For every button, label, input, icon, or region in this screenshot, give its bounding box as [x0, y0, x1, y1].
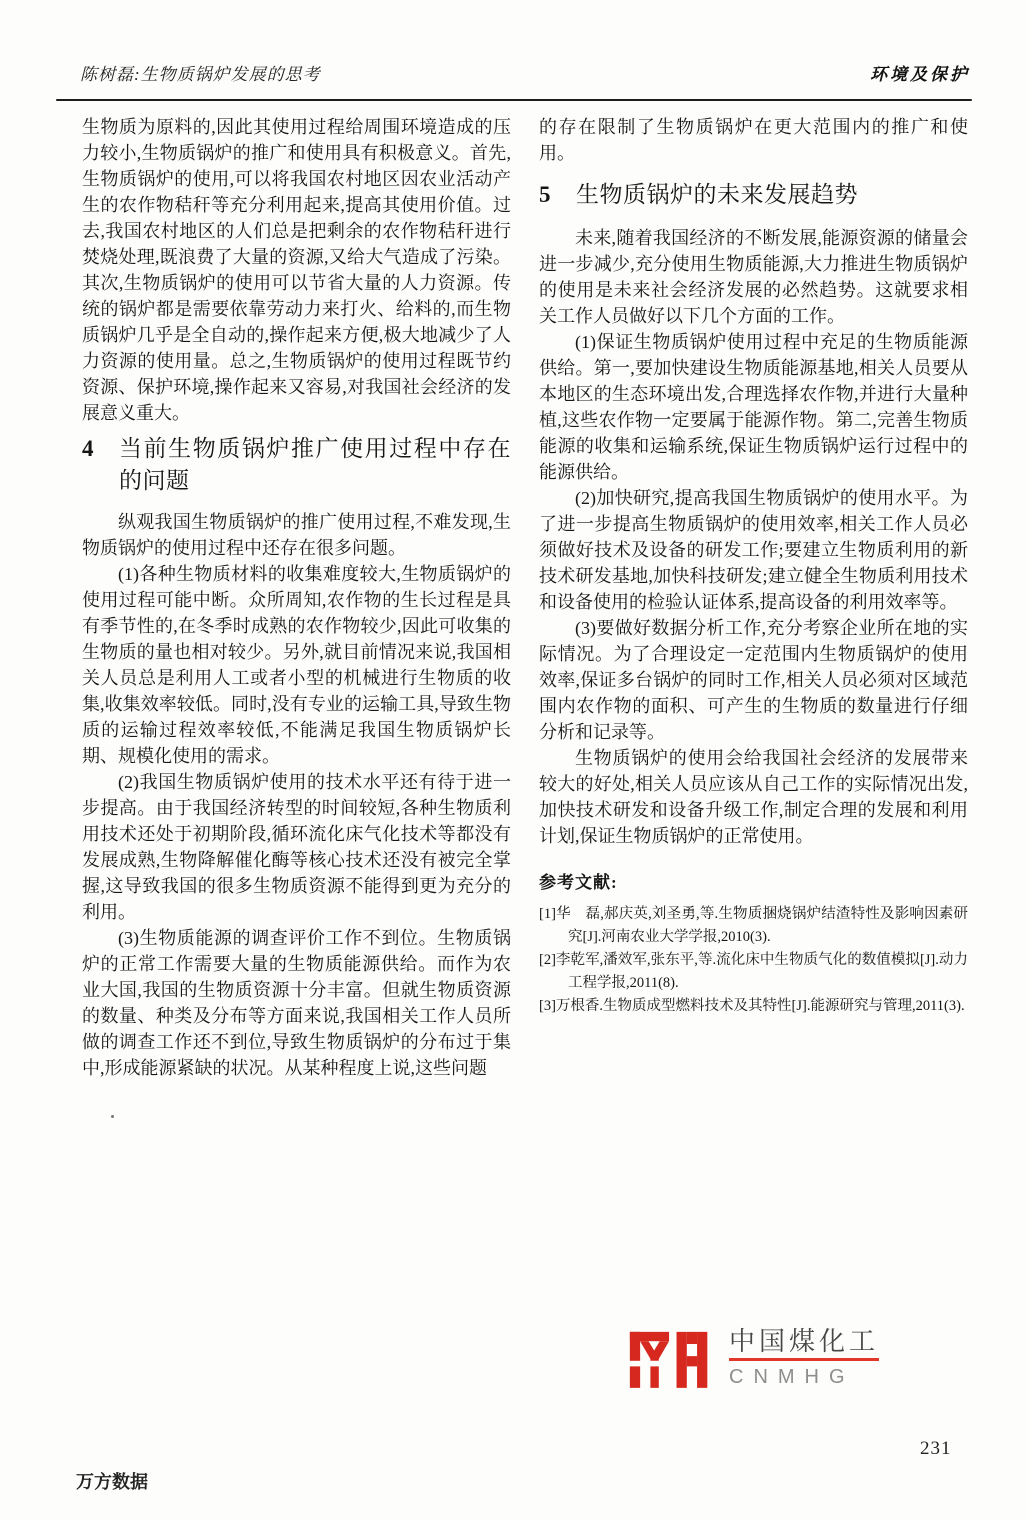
reference-item: [2]李乾军,潘效军,张东平,等.流化床中生物质气化的数值模拟[J].动力工程学… — [539, 949, 968, 995]
logo-name-cn: 中国煤化工 — [729, 1326, 879, 1356]
logo-name-en: CNMHG — [729, 1366, 879, 1388]
page-number: 231 — [920, 1438, 952, 1460]
body-paragraph: (1)各种生物质材料的收集难度较大,生物质锅炉的使用过程可能中断。众所周知,农作… — [82, 561, 511, 769]
right-column: 的存在限制了生物质锅炉在更大范围内的推广和使用。 5 生物质锅炉的未来发展趋势 … — [539, 114, 968, 1081]
body-paragraph: 的存在限制了生物质锅炉在更大范围内的推广和使用。 — [539, 114, 968, 166]
myh-monogram-icon — [628, 1328, 712, 1388]
reference-item: [1]华 磊,郝庆英,刘圣勇,等.生物质捆烧锅炉结渣特性及影响因素研究[J].河… — [539, 903, 968, 949]
section-title: 生物质锅炉的未来发展趋势 — [576, 179, 968, 211]
scanned-paper-page: 陈树磊:生物质锅炉发展的思考 环境及保护 生物质为原料的,因此其使用过程给周围环… — [0, 0, 1028, 1520]
article-body: 生物质为原料的,因此其使用过程给周围环境造成的压力较小,生物质锅炉的推广和使用具… — [82, 114, 968, 1081]
wanfang-watermark: 万方数据 — [76, 1468, 148, 1494]
section-title: 当前生物质锅炉推广使用过程中存在的问题 — [119, 433, 511, 497]
references-title: 参考文献: — [539, 871, 968, 895]
reference-item: [3]万根香.生物质成型燃料技术及其特性[J].能源研究与管理,2011(3). — [539, 995, 968, 1018]
left-column: 生物质为原料的,因此其使用过程给周围环境造成的压力较小,生物质锅炉的推广和使用具… — [82, 114, 511, 1081]
page-header: 陈树磊:生物质锅炉发展的思考 环境及保护 — [80, 60, 970, 85]
section-number: 4 — [82, 433, 119, 497]
body-paragraph: (3)要做好数据分析工作,充分考察企业所在地的实际情况。为了合理设定一定范围内生… — [539, 615, 968, 745]
running-title: 陈树磊:生物质锅炉发展的思考 — [80, 60, 321, 85]
body-paragraph: 未来,随着我国经济的不断发展,能源资源的储量会进一步减少,充分使用生物质能源,大… — [539, 225, 968, 329]
body-paragraph: 生物质锅炉的使用会给我国社会经济的发展带来较大的好处,相关人员应该从自己工作的实… — [539, 745, 968, 849]
logo-text: 中国煤化工 CNMHG — [729, 1326, 879, 1388]
body-paragraph: 纵观我国生物质锅炉的推广使用过程,不难发现,生物质锅炉的使用过程中还存在很多问题… — [82, 509, 511, 561]
body-paragraph: 生物质为原料的,因此其使用过程给周围环境造成的压力较小,生物质锅炉的推广和使用具… — [82, 114, 511, 426]
body-paragraph: (3)生物质能源的调查评价工作不到位。生物质锅炉的正常工作需要大量的生物质能源供… — [82, 925, 511, 1081]
references-section: 参考文献: [1]华 磊,郝庆英,刘圣勇,等.生物质捆烧锅炉结渣特性及影响因素研… — [539, 871, 968, 1018]
publisher-logo: 中国煤化工 CNMHG — [628, 1326, 879, 1388]
section-number: 5 — [539, 179, 576, 211]
section-5-heading: 5 生物质锅炉的未来发展趋势 — [539, 179, 968, 211]
body-paragraph: (2)我国生物质锅炉使用的技术水平还有待于进一步提高。由于我国经济转型的时间较短… — [82, 769, 511, 925]
body-paragraph: (1)保证生物质锅炉使用过程中充足的生物质能源供给。第一,要加快建设生物质能源基… — [539, 329, 968, 485]
header-rule — [56, 99, 972, 101]
journal-section-title: 环境及保护 — [870, 60, 970, 85]
scan-artifact-dot — [111, 1115, 114, 1118]
section-4-heading: 4 当前生物质锅炉推广使用过程中存在的问题 — [82, 433, 511, 497]
logo-divider — [729, 1358, 879, 1361]
body-paragraph: (2)加快研究,提高我国生物质锅炉的使用水平。为了进一步提高生物质锅炉的使用效率… — [539, 485, 968, 615]
